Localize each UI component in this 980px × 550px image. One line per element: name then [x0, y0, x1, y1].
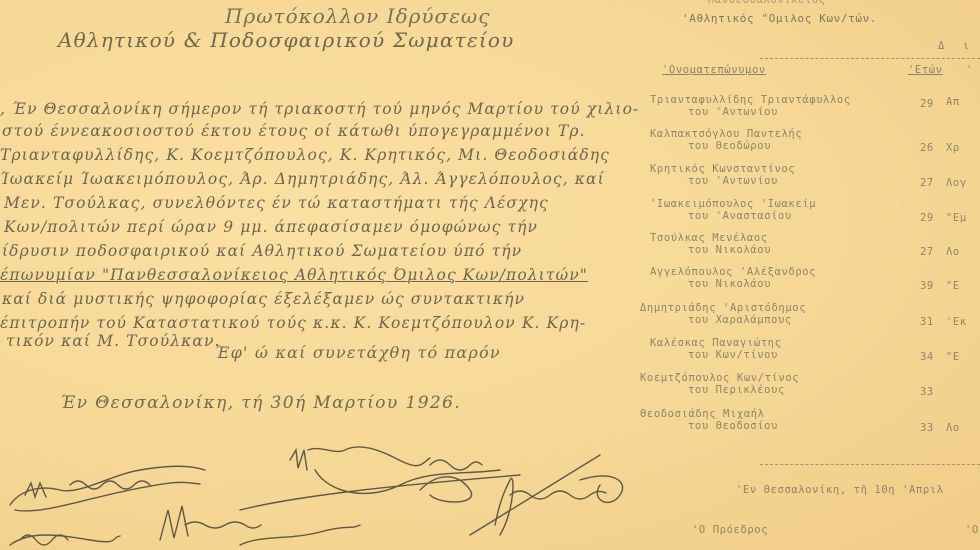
- member-row: Θεοδοσιάδης Μιχαήλ του Θεοδοσίου 33 Λο: [640, 408, 980, 444]
- member-row: Καλπακτσόγλου Παντελής του Θεοδώρου 26 Χ…: [640, 128, 980, 164]
- member-age: 29: [920, 212, 934, 224]
- member-father: του Περικλέους: [688, 384, 785, 396]
- typed-member-list: Πανθεσσαλονίκειος 'Αθλητικός "Ομιλος Κων…: [640, 0, 980, 550]
- list-place-date: 'Εν Θεσσαλονίκη, τῆ 10η 'Απριλ: [736, 484, 944, 496]
- member-row: Τριανταφυλλίδης Τριαντάφυλλος του 'Αντων…: [640, 94, 980, 130]
- member-occupation: Λο: [946, 246, 960, 258]
- member-name: Κοεμτζόπουλος Κων/τίνος: [640, 372, 799, 384]
- member-occupation: Απ: [946, 96, 960, 108]
- member-occupation: Λογ: [946, 177, 967, 189]
- minute-line: στού έννεακοσιοστού έκτου έτους οί κάτωθ…: [2, 122, 586, 140]
- member-name: Καλπακτσόγλου Παντελής: [650, 128, 802, 140]
- member-occupation: "Εμ: [946, 212, 967, 224]
- member-age: 27: [920, 177, 934, 189]
- signatures-scribble-icon: [0, 440, 650, 550]
- member-row: Κρητικός Κωνσταντίνος του 'Αντωνίου 27 Λ…: [640, 163, 980, 199]
- list-header-cut: Πανθεσσαλονίκειος: [708, 0, 826, 6]
- minute-place-date: Έν Θεσσαλονίκη, τή 30ή Μαρτίου 1926.: [60, 393, 461, 413]
- member-occupation: Λο: [946, 422, 960, 434]
- minute-title-line2: Αθλητικού & Ποδοσφαιρικού Σωματείου: [58, 28, 515, 52]
- member-father: του 'Αναστασίου: [688, 210, 792, 222]
- member-father: του Χαραλάμπους: [688, 314, 792, 326]
- member-father: του 'Αντωνίου: [688, 106, 778, 118]
- member-name: Καλέσκας Παναγιώτης: [650, 337, 782, 349]
- minute-line: , Έν Θεσσαλονίκη σήμερον τή τριακοστή το…: [0, 100, 639, 118]
- minute-line: Ίωακείμ Ίωακειμόπουλος, Άρ. Δημητριάδης,…: [0, 170, 605, 188]
- member-row: Δημητριάδης 'Αριστόδημος του Χαραλάμπους…: [640, 302, 980, 338]
- column-header-cut: ': [966, 64, 973, 76]
- minute-line: καί διά μυστικής ψηφοφορίας έξελέξαμεν ώ…: [2, 290, 525, 308]
- minute-line: τικόν καί Μ. Τσούλκαν.: [6, 332, 221, 350]
- member-name: Τριανταφυλλίδης Τριαντάφυλλος: [650, 94, 851, 106]
- member-father: του Κων/τίνου: [688, 349, 778, 361]
- member-occupation: "Ε: [946, 351, 960, 363]
- president-label: 'Ο Πρόεδρος: [692, 524, 768, 536]
- dashed-rule: [760, 464, 980, 465]
- dashed-rule: [760, 58, 980, 59]
- minute-closing: Έφ' ώ καί συνετάχθη τό παρόν: [215, 343, 501, 362]
- minute-line: ίδρυσιν ποδοσφαιρικού καί Αθλητικού Σωμα…: [2, 242, 522, 260]
- minute-line: έπιτροπήν τού Καταστατικού τούς κ.κ. Κ. …: [0, 314, 586, 332]
- member-age: 33: [920, 386, 934, 398]
- signatures: [0, 440, 650, 550]
- member-row: Αγγελόπουλος 'Αλέξανδρος του Νικολάου 39…: [640, 266, 980, 302]
- member-occupation: Χρ: [946, 142, 960, 154]
- member-occupation: 'Εκ: [946, 316, 967, 328]
- secretary-label: 'Ο Γ: [965, 524, 980, 536]
- member-name: Θεοδοσιάδης Μιχαήλ: [640, 408, 765, 420]
- member-age: 26: [920, 142, 934, 154]
- member-father: του Θεοδοσίου: [688, 420, 778, 432]
- list-section-heading: Δ ι: [938, 40, 975, 52]
- member-father: του Νικολάου: [688, 244, 771, 256]
- minute-line: Μεν. Τσούλκας, συνελθόντες έν τώ καταστή…: [4, 194, 549, 212]
- member-row: Καλέσκας Παναγιώτης του Κων/τίνου 34 "Ε: [640, 337, 980, 373]
- member-occupation: "Ε: [946, 280, 960, 292]
- column-header-name: 'Ονοματεπώνυμον: [662, 64, 766, 76]
- member-row: Τσούλκας Μενέλαος του Νικολάου 27 Λο: [640, 232, 980, 268]
- member-row: Κοεμτζόπουλος Κων/τίνος του Περικλέους 3…: [640, 372, 980, 408]
- column-header-years: 'Ετών: [908, 64, 943, 76]
- member-name: Δημητριάδης 'Αριστόδημος: [640, 302, 806, 314]
- member-name: Κρητικός Κωνσταντίνος: [650, 163, 795, 175]
- minute-line-club-name: έπωνυμίαν "Πανθεσσαλονίκειος Αθλητικός Ό…: [0, 266, 588, 284]
- minute-title-line1: Πρωτόκολλον Ιδρύσεως: [225, 4, 490, 28]
- member-father: του Νικολάου: [688, 278, 771, 290]
- minute-line: Κων/πολιτών περί ώραν 9 μμ. άπεφασίσαμεν…: [4, 218, 538, 236]
- member-age: 39: [920, 280, 934, 292]
- member-name: Αγγελόπουλος 'Αλέξανδρος: [650, 266, 816, 278]
- member-age: 31: [920, 316, 934, 328]
- handwritten-minute: Πρωτόκολλον Ιδρύσεως Αθλητικού & Ποδοσφα…: [0, 0, 650, 550]
- list-club-name: 'Αθλητικός "Ομιλος Κων/τών.: [682, 12, 877, 25]
- member-father: του 'Αντωνίου: [688, 175, 778, 187]
- member-father: του Θεοδώρου: [688, 140, 771, 152]
- member-name: 'Ιωακειμόπουλος 'Ιωακείμ: [650, 198, 816, 210]
- member-age: 29: [920, 98, 934, 110]
- member-age: 34: [920, 351, 934, 363]
- member-age: 33: [920, 422, 934, 434]
- minute-line: Τριανταφυλλίδης, Κ. Κοεμτζόπουλος, Κ. Κρ…: [0, 146, 610, 164]
- member-row: 'Ιωακειμόπουλος 'Ιωακείμ του 'Αναστασίου…: [640, 198, 980, 234]
- member-name: Τσούλκας Μενέλαος: [650, 232, 768, 244]
- member-age: 27: [920, 246, 934, 258]
